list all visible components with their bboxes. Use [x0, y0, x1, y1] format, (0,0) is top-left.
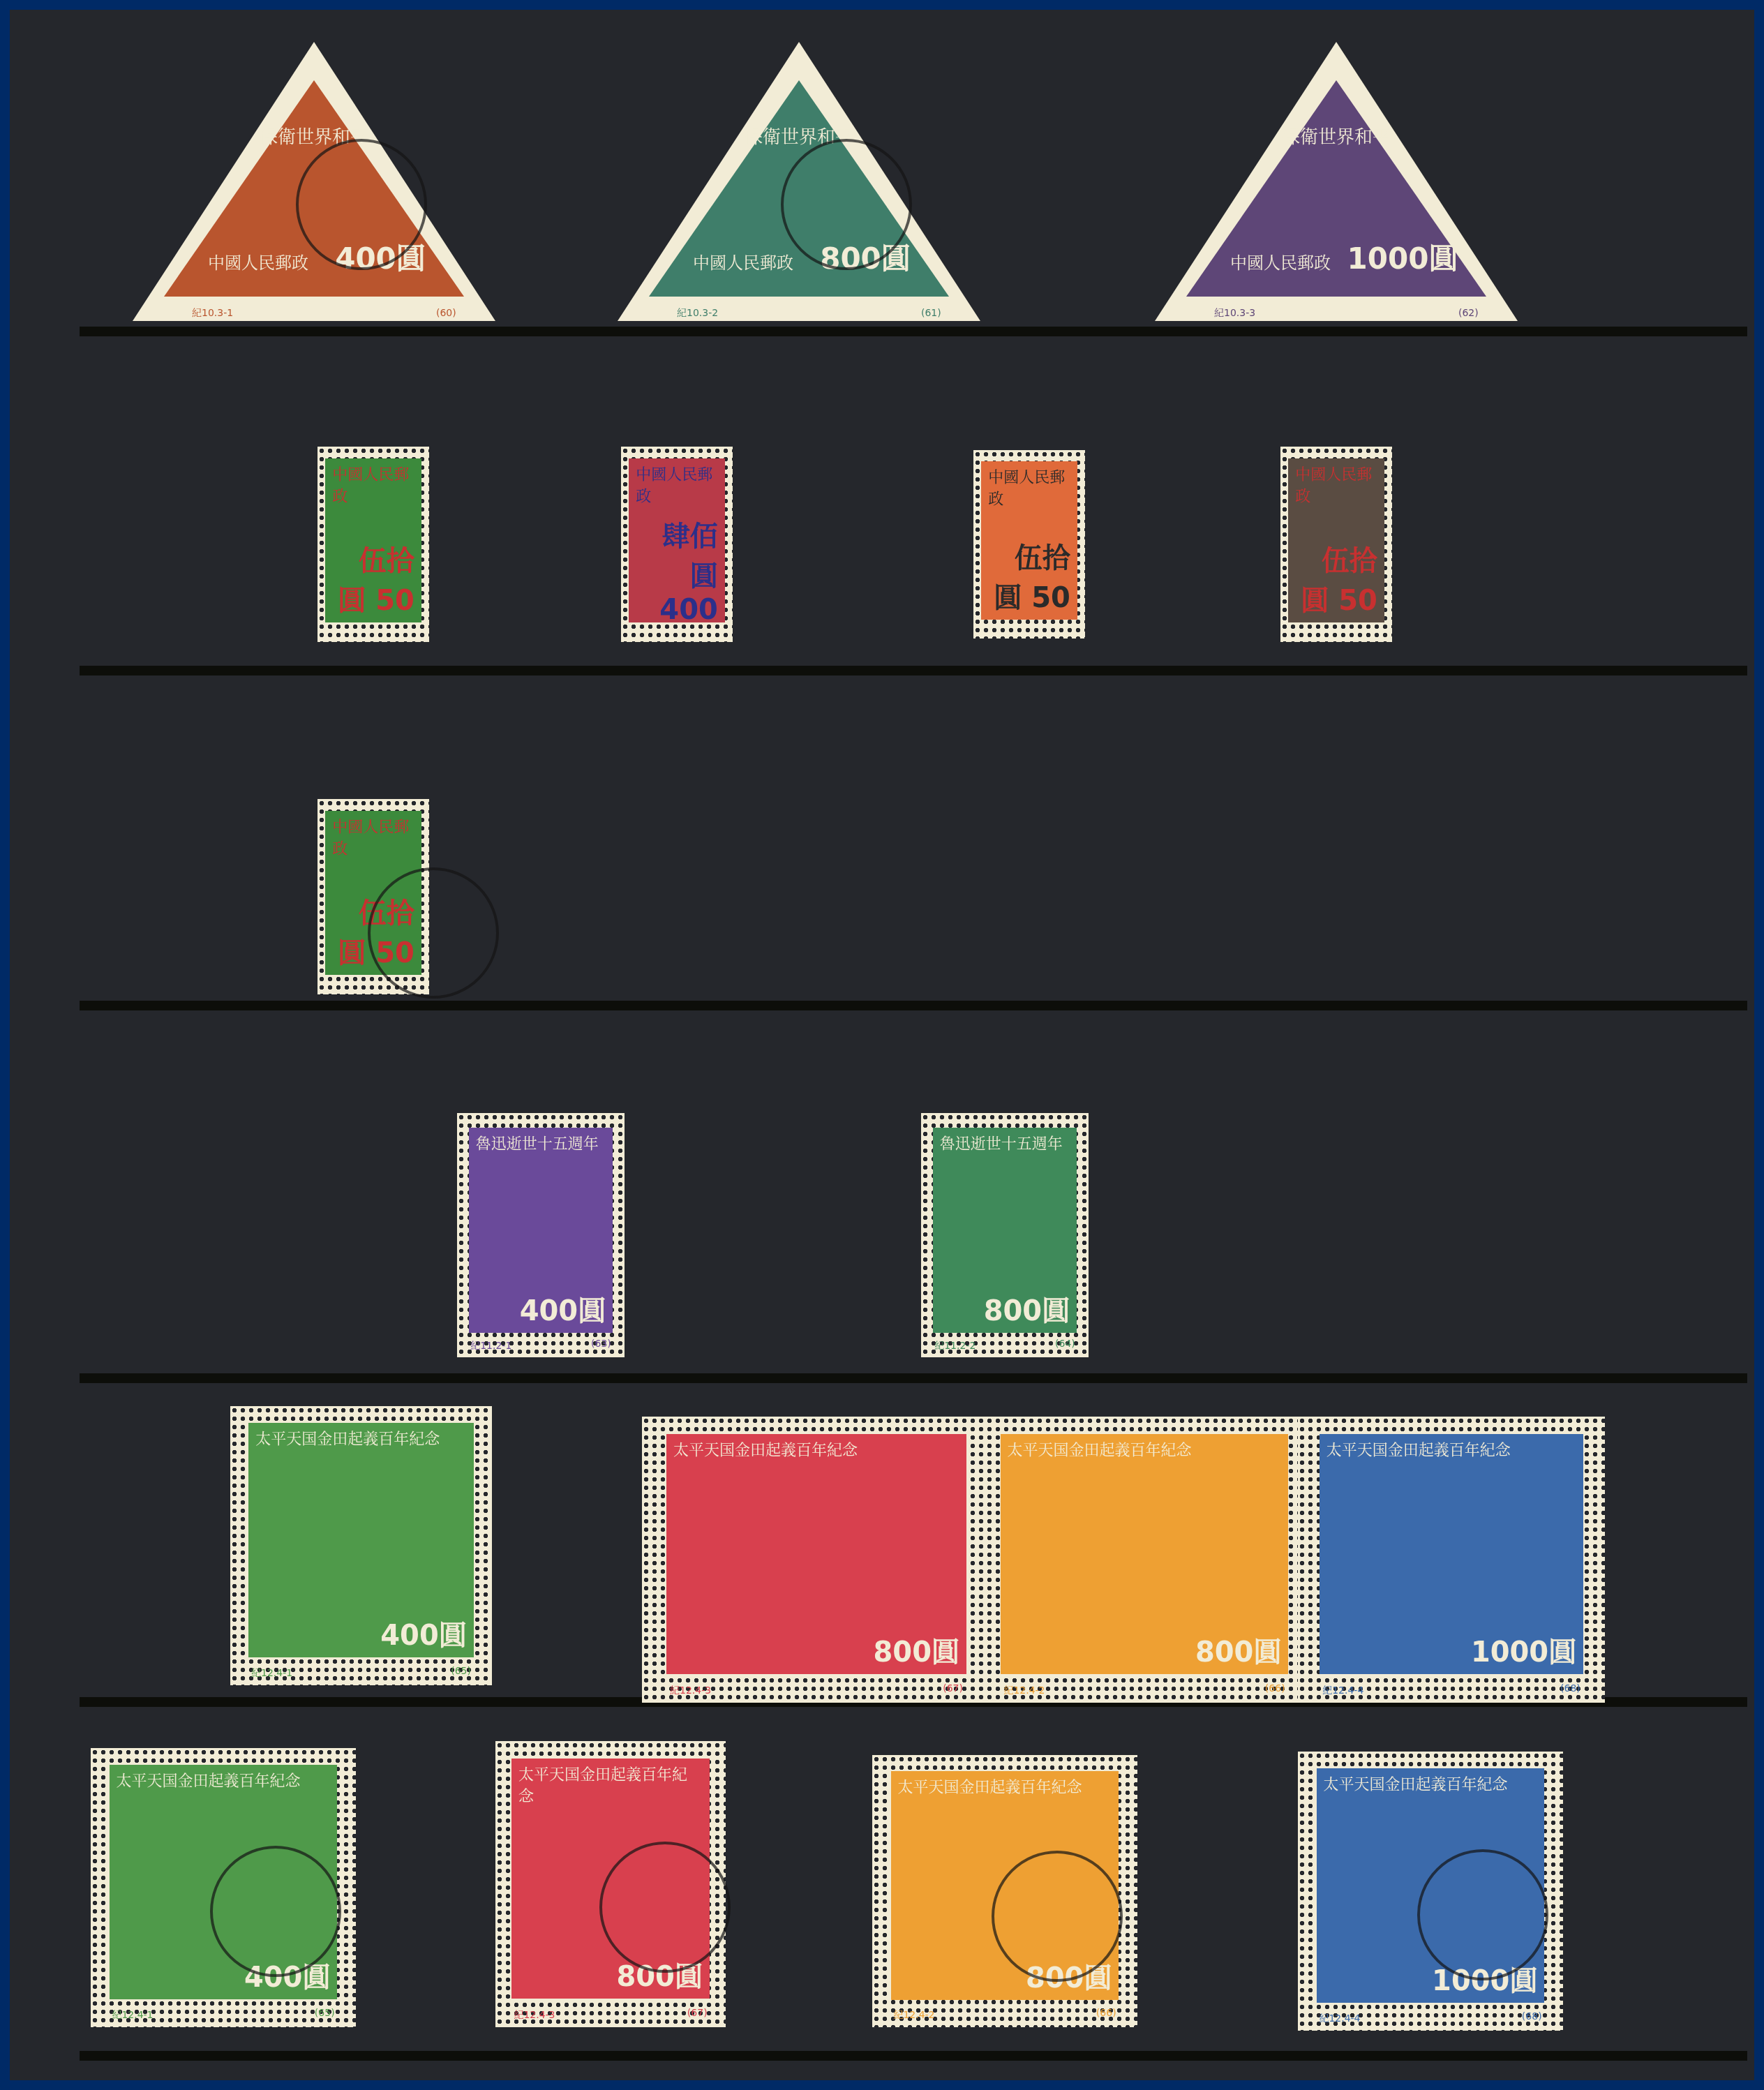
stamp-title: 中國人民郵政 — [325, 811, 421, 863]
stamp-country: 中國人民郵政 — [693, 253, 793, 273]
stamp-title: 太平天国金田起義百年紀念 — [248, 1423, 474, 1453]
stamp: 中國人民郵政 伍拾圓 50 — [1280, 447, 1392, 642]
stamp-title: 太平天国金田起義百年紀念 — [666, 1434, 966, 1464]
stamp-title: 中國人民郵政 — [1288, 458, 1384, 510]
album-strip — [80, 1373, 1747, 1383]
stamp: 中國人民郵政 肆佰圓 400 — [621, 447, 733, 642]
stamp-title: 中國人民郵政 — [325, 458, 421, 510]
stamp-number: (66) — [1096, 2008, 1116, 2022]
stamp: 保衛世界和平 中國人民郵政 400圓 紀10.3-1 (60) — [129, 38, 499, 324]
stamp: 魯迅逝世十五週年 800圓 紀11.2-2 (64) — [921, 1113, 1089, 1357]
stamp-number: (65) — [315, 2008, 335, 2022]
stamp-title: 中國人民郵政 — [981, 461, 1077, 513]
stamp-code: 紀12.4-1 — [112, 2008, 153, 2022]
stamp: 太平天国金田起義百年紀念 800圓 紀12.4-3 (67) — [642, 1417, 991, 1703]
stamp-value: 800圓 — [933, 1285, 1077, 1333]
stamp-code: 紀12.4-3 — [514, 2008, 555, 2022]
stamp: 太平天国金田起義百年紀念 1000圓 紀12.4-4 (68) — [1298, 1752, 1563, 2031]
stamp-title: 太平天国金田起義百年紀念 — [110, 1765, 338, 1795]
stamp: 太平天国金田起義百年紀念 1000圓 紀12.4-4 (68) — [1298, 1417, 1605, 1703]
stamp-code: 紀10.3-1 — [192, 308, 233, 319]
stamp-number: (67) — [687, 2008, 708, 2022]
stamp-value: 400圓 — [110, 1951, 338, 1999]
stamp-value: 伍拾圓 50 — [981, 532, 1077, 620]
stamp-number: (68) — [1560, 1683, 1580, 1697]
stamp: 中國人民郵政 伍拾圓 50 — [317, 447, 429, 642]
stamp-title: 保衛世界和平 — [1282, 127, 1391, 148]
stamp-code: 紀12.4-2 — [893, 2008, 934, 2022]
stamp-code: 紀10.3-3 — [1214, 308, 1255, 319]
stamp-code: 紀12.4-4 — [1319, 2011, 1360, 2025]
album-strip — [80, 666, 1747, 675]
stamp-number: (67) — [943, 1683, 963, 1697]
stamp-code: 紀12.4-3 — [670, 1683, 711, 1697]
stamp-title: 太平天国金田起義百年紀念 — [1001, 1434, 1289, 1464]
stamp-value: 800圓 — [511, 1950, 710, 1999]
stamp-value: 400圓 — [248, 1609, 474, 1657]
stamp-number: (61) — [921, 308, 941, 319]
stamp-value: 400圓 — [335, 241, 426, 276]
stamp-value: 1000圓 — [1317, 1955, 1545, 2003]
stamp-code: 紀10.3-2 — [677, 308, 718, 319]
stamp-title: 保衛世界和平 — [745, 127, 853, 148]
stamp: 中國人民郵政 伍拾圓 50 — [973, 450, 1085, 639]
stamp-code: 紀12.4-4 — [1322, 1683, 1363, 1697]
stamp-number: (62) — [1458, 308, 1479, 319]
stamp-country: 中國人民郵政 — [208, 253, 308, 273]
stamp-value: 800圓 — [1001, 1626, 1289, 1674]
album-strip — [80, 2051, 1747, 2061]
stamp-title: 中國人民郵政 — [629, 458, 725, 510]
stamp-title: 太平天国金田起義百年紀念 — [1317, 1768, 1545, 1798]
stamp-code: 紀11.2-1 — [470, 1338, 511, 1352]
stamp-title: 魯迅逝世十五週年 — [469, 1128, 613, 1158]
stamp-number: (63) — [591, 1338, 611, 1352]
stamp: 太平天国金田起義百年紀念 800圓 紀12.4-2 (66) — [872, 1755, 1137, 2027]
stamp-country: 中國人民郵政 — [1230, 253, 1331, 273]
stamp: 保衛世界和平 中國人民郵政 1000圓 紀10.3-3 (62) — [1151, 38, 1521, 324]
stamp-value: 伍拾圓 50 — [325, 887, 421, 975]
stamp-title: 太平天国金田起義百年紀念 — [511, 1759, 710, 1810]
stamp-title: 保衛世界和平 — [260, 127, 368, 148]
stamp-value: 1000圓 — [1347, 241, 1458, 276]
stamp-value: 800圓 — [820, 241, 911, 276]
stamp-value: 伍拾圓 50 — [325, 535, 421, 622]
stamp-code: 紀12.4-2 — [1003, 1683, 1045, 1697]
album-strip — [80, 1001, 1747, 1010]
stamp: 魯迅逝世十五週年 400圓 紀11.2-1 (63) — [457, 1113, 625, 1357]
stamp-title: 魯迅逝世十五週年 — [933, 1128, 1077, 1158]
stamp-value: 1000圓 — [1320, 1626, 1583, 1674]
stamp-code: 紀11.2-2 — [934, 1338, 976, 1352]
stamp-number: (64) — [1055, 1338, 1075, 1352]
stamp: 保衛世界和平 中國人民郵政 800圓 紀10.3-2 (61) — [614, 38, 984, 324]
stamp-value: 肆佰圓 400 — [629, 510, 725, 630]
stamp-value: 400圓 — [469, 1285, 613, 1333]
stamp: 太平天国金田起義百年紀念 400圓 紀12.4-1 (65) — [91, 1748, 356, 2027]
stamp-value: 800圓 — [666, 1626, 966, 1674]
stamp: 太平天国金田起義百年紀念 400圓 紀12.4-1 (65) — [230, 1406, 492, 1685]
stamp-value: 800圓 — [891, 1952, 1119, 2000]
album-strip — [80, 327, 1747, 336]
stamp-number: (65) — [451, 1666, 471, 1680]
stamp: 太平天国金田起義百年紀念 800圓 紀12.4-2 (66) — [977, 1417, 1312, 1703]
stamp-number: (66) — [1265, 1683, 1285, 1697]
stamp-code: 紀12.4-1 — [251, 1666, 292, 1680]
stamp-number: (60) — [436, 308, 456, 319]
stamp-value: 伍拾圓 50 — [1288, 535, 1384, 622]
stamp-title: 太平天国金田起義百年紀念 — [1320, 1434, 1583, 1464]
stamp: 中國人民郵政 伍拾圓 50 — [317, 799, 429, 994]
stamp-number: (68) — [1522, 2011, 1542, 2025]
stamp: 太平天国金田起義百年紀念 800圓 紀12.4-3 (67) — [495, 1741, 726, 2027]
stamp-title: 太平天国金田起義百年紀念 — [891, 1771, 1119, 1801]
